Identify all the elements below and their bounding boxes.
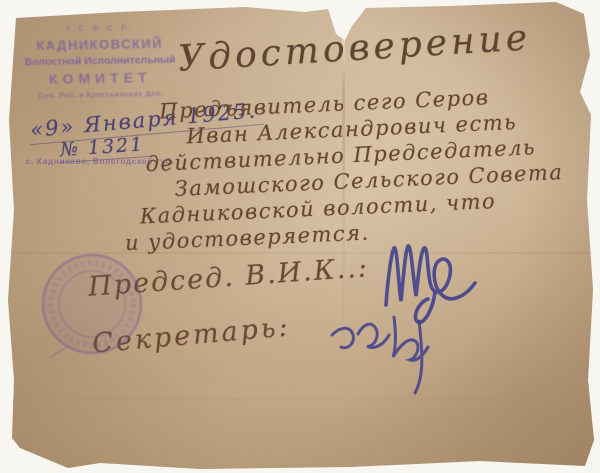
- body-text: Предъявитель сего Серов Иван Александров…: [115, 80, 599, 257]
- paper-sheet: Р.С.Ф.С.Р. КАДНИКОВСКИЙ Волостной Исполн…: [0, 0, 600, 473]
- round-violet-seal-icon: [38, 250, 146, 358]
- letterhead-stamp: Р.С.Ф.С.Р. КАДНИКОВСКИЙ Волостной Исполн…: [15, 23, 184, 101]
- document-scan: Р.С.Ф.С.Р. КАДНИКОВСКИЙ Волостной Исполн…: [0, 0, 600, 473]
- secretary-signature: [322, 303, 450, 401]
- horizontal-crease: [10, 398, 590, 400]
- letterhead-line: Р.С.Ф.С.Р.: [15, 23, 183, 35]
- letterhead-line: КАДНИКОВСКИЙ: [16, 36, 184, 54]
- letterhead-line: КОМИТЕТ: [16, 69, 184, 88]
- letterhead-line: Волостной Исполнительный: [16, 54, 184, 69]
